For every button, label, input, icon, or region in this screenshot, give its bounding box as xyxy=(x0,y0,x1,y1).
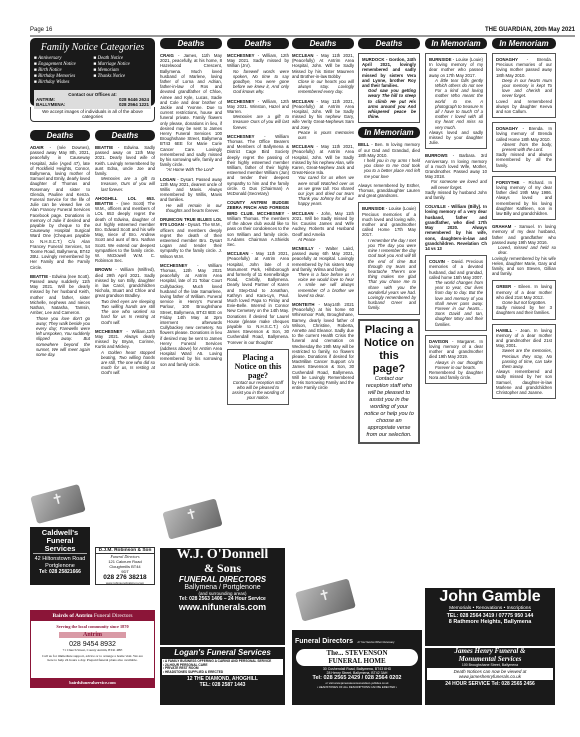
section-header-deaths: Deaths xyxy=(227,38,289,49)
section-header-memoriam: In Memoriam xyxy=(425,38,487,49)
notice-boxed: BURNSIDE - Louise (Louie) In loving memo… xyxy=(425,53,487,149)
notice: GRAHAM - Samuel. In loving memory of my … xyxy=(492,224,556,276)
notice: MCCLEAN - May 11th 2021, (Peacefully) at… xyxy=(292,144,354,206)
section-header-deaths: Deaths xyxy=(95,130,155,141)
categories-list: Anniversary Death Notice Engagement Noti… xyxy=(30,53,155,88)
notice: BEATTIE - Edwina (nee Scott). Passed awa… xyxy=(30,274,90,357)
logan-ad: Logan's Funeral Services • A FAMILY BUSI… xyxy=(160,647,285,705)
accept-images-note: We accept images of individuals in all o… xyxy=(30,107,155,122)
deaths-column-4: Deaths MCCHESNEY - William, 12th May 202… xyxy=(227,38,289,409)
header-rule xyxy=(30,35,575,37)
notice: MCCHESNEY - William,12th May 2021. Alway… xyxy=(95,329,155,376)
odonnell-ad: W.J. O'Donnell & Sons FUNERAL DIRECTORS … xyxy=(160,548,285,645)
category-item: Engagement Notice xyxy=(34,62,92,67)
category-item: Birthday Memories xyxy=(34,74,92,79)
notice: AHOGHILL LOL 653. BEATTIE - (nee Scott) … xyxy=(95,196,155,264)
memoriam-column-7: In Memoriam BURNSIDE - Louise (Louie) In… xyxy=(425,38,487,388)
notice: MCCLEAN - May 11th 2021, (Peacefully) At… xyxy=(292,53,354,95)
memoriam-column-8: In Memoriam DONAGHY - Brenda. Precious m… xyxy=(492,38,556,403)
category-item: Marriage Notice xyxy=(94,62,152,67)
notice-boxed: DONAGHY - Brenda. Precious memories of o… xyxy=(492,53,556,118)
notice: MCCLEAN - May 11th 2021, (Peacefully) at… xyxy=(227,251,289,345)
notice: MONTEITH - May14th 2021 (Peacefully) at … xyxy=(292,302,354,390)
placing-body: Contact our reception staff who will be … xyxy=(231,380,285,401)
john-gamble-ad: John Gamble Memorials • Renovations • In… xyxy=(425,588,555,646)
notice-boxed: MURDOCK - Gordon, 24th April 2021, lovin… xyxy=(358,53,420,123)
notice-boxed: DAVISON - Margaret. In loving memory of … xyxy=(425,335,487,385)
notice-boxed: GREER - Eileen. In loving memory of a de… xyxy=(492,280,556,319)
notice: BELL - Ben. In loving memory of our Dad … xyxy=(358,142,420,178)
page-number: Page 16 xyxy=(30,27,52,33)
category-item: Birth Notice xyxy=(34,68,92,73)
category-item: Memoriam xyxy=(94,68,152,73)
notice-boxed: DONAGHY - Brenda. In loving memory of Br… xyxy=(492,122,556,172)
deaths-column-3: Deaths CRAIG - James, 11th May 2021, pea… xyxy=(160,38,222,371)
section-header-deaths: Deaths xyxy=(292,38,354,49)
placing-notice-box-large: Placing a Notice on this page? Contact o… xyxy=(358,319,420,444)
section-header-memoriam: In Memoriam xyxy=(358,127,420,138)
notice: MCCHESNEY - William, 12th May 2021. Wins… xyxy=(227,99,289,130)
category-item: Thanks Notice xyxy=(94,74,152,79)
notice: COLVILLE - William (Billy). In loving me… xyxy=(425,204,487,251)
notice: COUNTY ANTRIM BUDGIE ZEBRA FINCH AND FOR… xyxy=(227,200,289,247)
deaths-column-2: Deaths BEATTIE - Edwina. Sadly passed aw… xyxy=(95,130,155,380)
deaths-column-1: Deaths ADAIR - (née Downes), passed away… xyxy=(30,130,90,361)
notice: Always remembered by Esther, Thomas, gra… xyxy=(358,183,420,199)
notice: LOGAN - Dysart. Passed away 12th May 202… xyxy=(160,177,222,213)
notice: MCNEILLY - Walter Laird, passed away 6th… xyxy=(292,246,354,298)
section-header-deaths: Deaths xyxy=(160,38,222,49)
notice: DRUMCON TRUE BLUES LOL 970 LOGAN - Dysar… xyxy=(160,217,222,259)
placing-title: Placing a Notice on this page? xyxy=(363,324,415,376)
section-header-deaths: Deaths xyxy=(358,38,420,49)
paper-masthead: THE GUARDIAN, 20th May 2021 xyxy=(470,27,575,33)
placing-title: Placing a Notice on this page? xyxy=(231,353,285,380)
categories-box: Family Notice Categories Anniversary Dea… xyxy=(30,38,155,106)
category-item: Anniversary xyxy=(34,56,92,61)
notice: MCCHESNEY - William Thomas. The Office B… xyxy=(227,134,289,196)
section-header-memoriam: In Memoriam xyxy=(492,38,556,49)
category-item: Death Notice xyxy=(94,56,152,61)
stevenson-ad: Funeral Directors At Your Service When N… xyxy=(292,630,422,705)
jameshenry-web-link[interactable]: www.jameshenryfunerals.co.uk xyxy=(428,674,552,679)
bairds-ad: Bairds of Antrim Funeral Directors Servi… xyxy=(30,610,155,688)
placing-notice-box: Placing a Notice on this page? Contact o… xyxy=(227,349,289,405)
notice-boxed: COLVIN - David. Precious memories of a d… xyxy=(425,255,487,331)
notice-boxed: FORSYTHE - Richard. In loving memory of … xyxy=(492,176,556,220)
notice: BURROWS - Barbara. 3rd Anniversary. In l… xyxy=(425,153,487,200)
notice: ADAIR - (née Downes), passed away May 8t… xyxy=(30,145,90,270)
notice: MCCHESNEY - William, 12th May 2021. Sadl… xyxy=(227,53,289,95)
bairds-web-link[interactable]: bairdsfuneralservice.com xyxy=(31,678,154,687)
robinson-ad: D.J.M. Robinson & Son Funeral Directors … xyxy=(95,547,155,585)
notice: MCCLEAN - John, May 11th 2021. Will be S… xyxy=(292,211,354,242)
notice: BEATTIE - Edwina. Sadly passed away on 1… xyxy=(95,145,155,192)
categories-title: Family Notice Categories xyxy=(30,42,155,53)
notice: CRAIG - James, 11th May 2021, peacefully… xyxy=(160,53,222,173)
section-header-deaths: Deaths xyxy=(30,130,90,141)
bible-image xyxy=(162,498,222,539)
bible-image xyxy=(295,578,356,621)
deaths-column-5: Deaths MCCLEAN - May 11th 2021, (Peacefu… xyxy=(292,38,354,394)
nifunerals-link[interactable]: www.nifunerals.com xyxy=(160,602,285,612)
bible-image xyxy=(30,484,86,524)
notice-boxed: HAMILL - Jean. In loving memory of a dea… xyxy=(492,324,556,400)
deaths-memoriam-column-6: Deaths MURDOCK - Gordon, 24th April 2021… xyxy=(358,38,420,448)
notice: MCCHESNEY - William Thomas, 12th May 202… xyxy=(160,263,222,367)
notice-boxed: BURNSIDE - Louise (Louie) Precious memor… xyxy=(358,202,420,314)
placing-body: Contact our reception staff who will be … xyxy=(363,376,415,439)
james-henry-ad: James Henry Funeral & Monumental Service… xyxy=(425,648,555,705)
notice: MCCLEAN - May 11th 2021, (Peacefully) at… xyxy=(292,99,354,141)
category-item: Birthday Wishes xyxy=(34,80,92,85)
notice: BROWN - William (Wilfred), died 29th Apr… xyxy=(95,267,155,324)
caldwell-ad: Caldwell's Funeral Services 42 Hiltonsto… xyxy=(30,527,90,585)
